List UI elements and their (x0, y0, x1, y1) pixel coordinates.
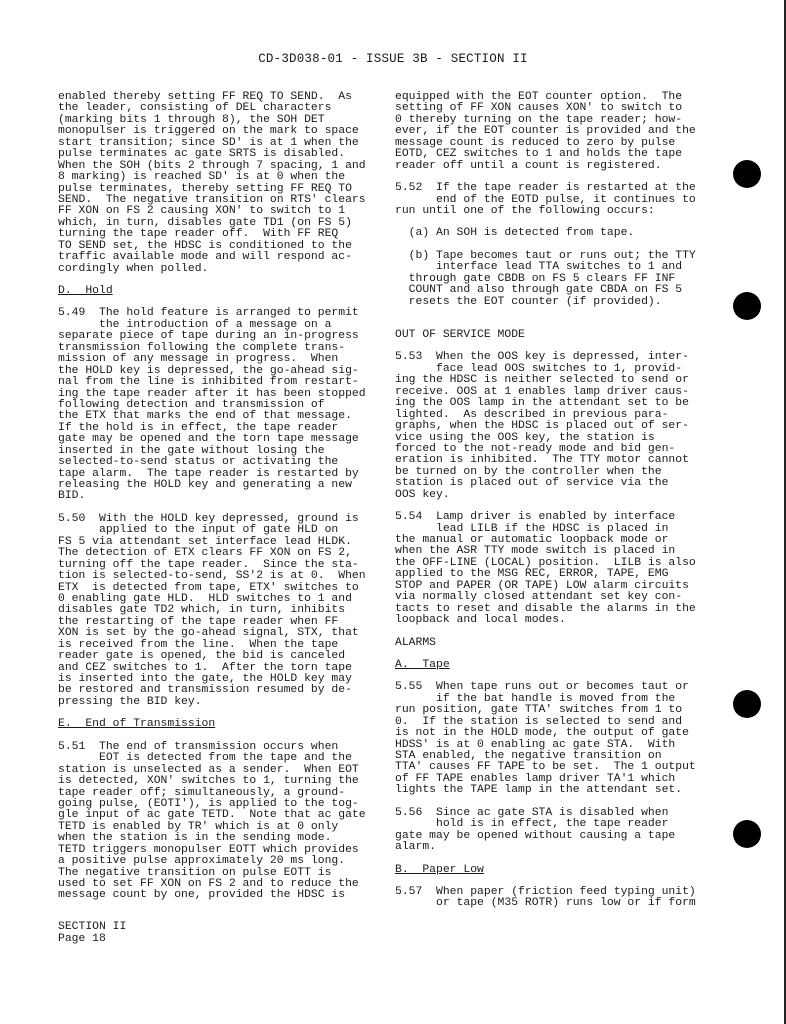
text-line: resets the EOT counter (if provided). (395, 297, 725, 308)
section-heading: OUT OF SERVICE MODE (395, 330, 725, 341)
punch-hole-icon (733, 690, 761, 718)
text-line: XON is set by the go-ahead signal, STX, … (58, 628, 388, 639)
paragraph: enabled thereby setting FF REQ TO SEND. … (58, 92, 388, 275)
section-heading: B. Paper Low (395, 865, 725, 876)
text-line: when the station is in the sending mode. (58, 833, 388, 844)
paragraph: (b) Tape becomes taut or runs out; the T… (395, 251, 725, 308)
paragraph: (a) An SOH is detected from tape. (395, 228, 725, 239)
text-line: lights the TAPE lamp in the attendant se… (395, 785, 725, 796)
text-line: EOT is detected from the tape and the (58, 753, 388, 764)
paragraph: 5.55 When tape runs out or becomes taut … (395, 682, 725, 796)
text-line: a positive pulse approximately 20 ms lon… (58, 856, 388, 867)
text-line: gate may be opened without causing a tap… (395, 831, 725, 842)
text-line: traffic available mode and will respond … (58, 252, 388, 263)
text-line: run until one of the following occurs: (395, 206, 725, 217)
text-line: cordingly when polled. (58, 264, 388, 275)
text-line: releasing the HOLD key and generating a … (58, 480, 388, 491)
text-line: hold is in effect, the tape reader (395, 819, 725, 830)
text-line: OOS key. (395, 490, 725, 501)
text-line: graphs, when the HDSC is placed out of s… (395, 421, 725, 432)
paragraph: 5.49 The hold feature is arranged to per… (58, 308, 388, 502)
paragraph-gap (395, 308, 725, 319)
paragraph: equipped with the EOT counter option. Th… (395, 92, 725, 172)
footer-page-number: Page 18 (58, 933, 126, 945)
right-column: equipped with the EOT counter option. Th… (395, 92, 725, 910)
text-line: run position, gate TTA' switches from 1 … (395, 705, 725, 716)
text-line: via normally closed attendant set key co… (395, 592, 725, 603)
text-line: is not in the HOLD mode, the output of g… (395, 728, 725, 739)
text-line: (a) An SOH is detected from tape. (395, 228, 725, 239)
text-line: reader gate is opened, the bid is cancel… (58, 651, 388, 662)
paragraph-gap (395, 627, 725, 638)
text-line: loopback and local modes. (395, 615, 725, 626)
footer-section: SECTION II (58, 921, 126, 933)
text-line: is detected, XON' switches to 1, turning… (58, 776, 388, 787)
page-footer: SECTION II Page 18 (58, 921, 126, 945)
text-line: gate may be opened and the torn tape mes… (58, 434, 388, 445)
text-line: ing the OOS lamp in the attendant set to… (395, 398, 725, 409)
text-line: nal from the line is inhibited from rest… (58, 377, 388, 388)
text-line: message count by one, provided the HDSC … (58, 890, 388, 901)
text-line: 5.54 Lamp driver is enabled by interface (395, 512, 725, 523)
text-line: alarm. (395, 842, 725, 853)
text-line: pulse terminates ac gate SRTS is disable… (58, 149, 388, 160)
left-column: enabled thereby setting FF REQ TO SEND. … (58, 92, 388, 902)
text-line: pressing the BID key. (58, 697, 388, 708)
text-line: BID. (58, 491, 388, 502)
text-line: The detection of ETX clears FF XON on FS… (58, 548, 388, 559)
paragraph: 5.57 When paper (friction feed typing un… (395, 887, 725, 910)
paragraph: 5.51 The end of transmission occurs when… (58, 742, 388, 902)
paragraph: 5.56 Since ac gate STA is disabled when … (395, 808, 725, 854)
text-line: reader off until a count is registered. (395, 161, 725, 172)
section-heading: ALARMS (395, 638, 725, 649)
text-line: EOTD, CEZ switches to 1 and holds the ta… (395, 149, 725, 160)
text-line: selected-to-send status or activating th… (58, 457, 388, 468)
section-heading: D. Hold (58, 286, 388, 297)
paragraph: 5.52 If the tape reader is restarted at … (395, 183, 725, 217)
text-line: COUNT and also through gate CBDA on FS 5 (395, 285, 725, 296)
section-heading: A. Tape (395, 660, 725, 671)
text-line: tion is selected-to-send, SS'2 is at 0. … (58, 571, 388, 582)
paragraph: 5.53 When the OOS key is depressed, inte… (395, 352, 725, 501)
text-line: station is placed out of service via the (395, 478, 725, 489)
paragraph-gap (395, 854, 725, 865)
section-heading: E. End of Transmission (58, 719, 388, 730)
text-line: turning the tape reader off. With FF REQ (58, 229, 388, 240)
page-header: CD-3D038-01 - ISSUE 3B - SECTION II (0, 52, 786, 66)
text-line: mission of any message in progress. When (58, 354, 388, 365)
paragraph: 5.50 With the HOLD key depressed, ground… (58, 514, 388, 708)
punch-hole-icon (733, 160, 761, 188)
text-line: interface lead TTA switches to 1 and (395, 262, 725, 273)
text-line: 5.52 If the tape reader is restarted at … (395, 183, 725, 194)
text-line: or tape (M35 ROTR) runs low or if form (395, 898, 725, 909)
text-line: 8 marking) is reached SD' is at 0 when t… (58, 172, 388, 183)
punch-hole-icon (733, 820, 761, 848)
punch-hole-icon (733, 292, 761, 320)
paragraph: 5.54 Lamp driver is enabled by interface… (395, 512, 725, 626)
